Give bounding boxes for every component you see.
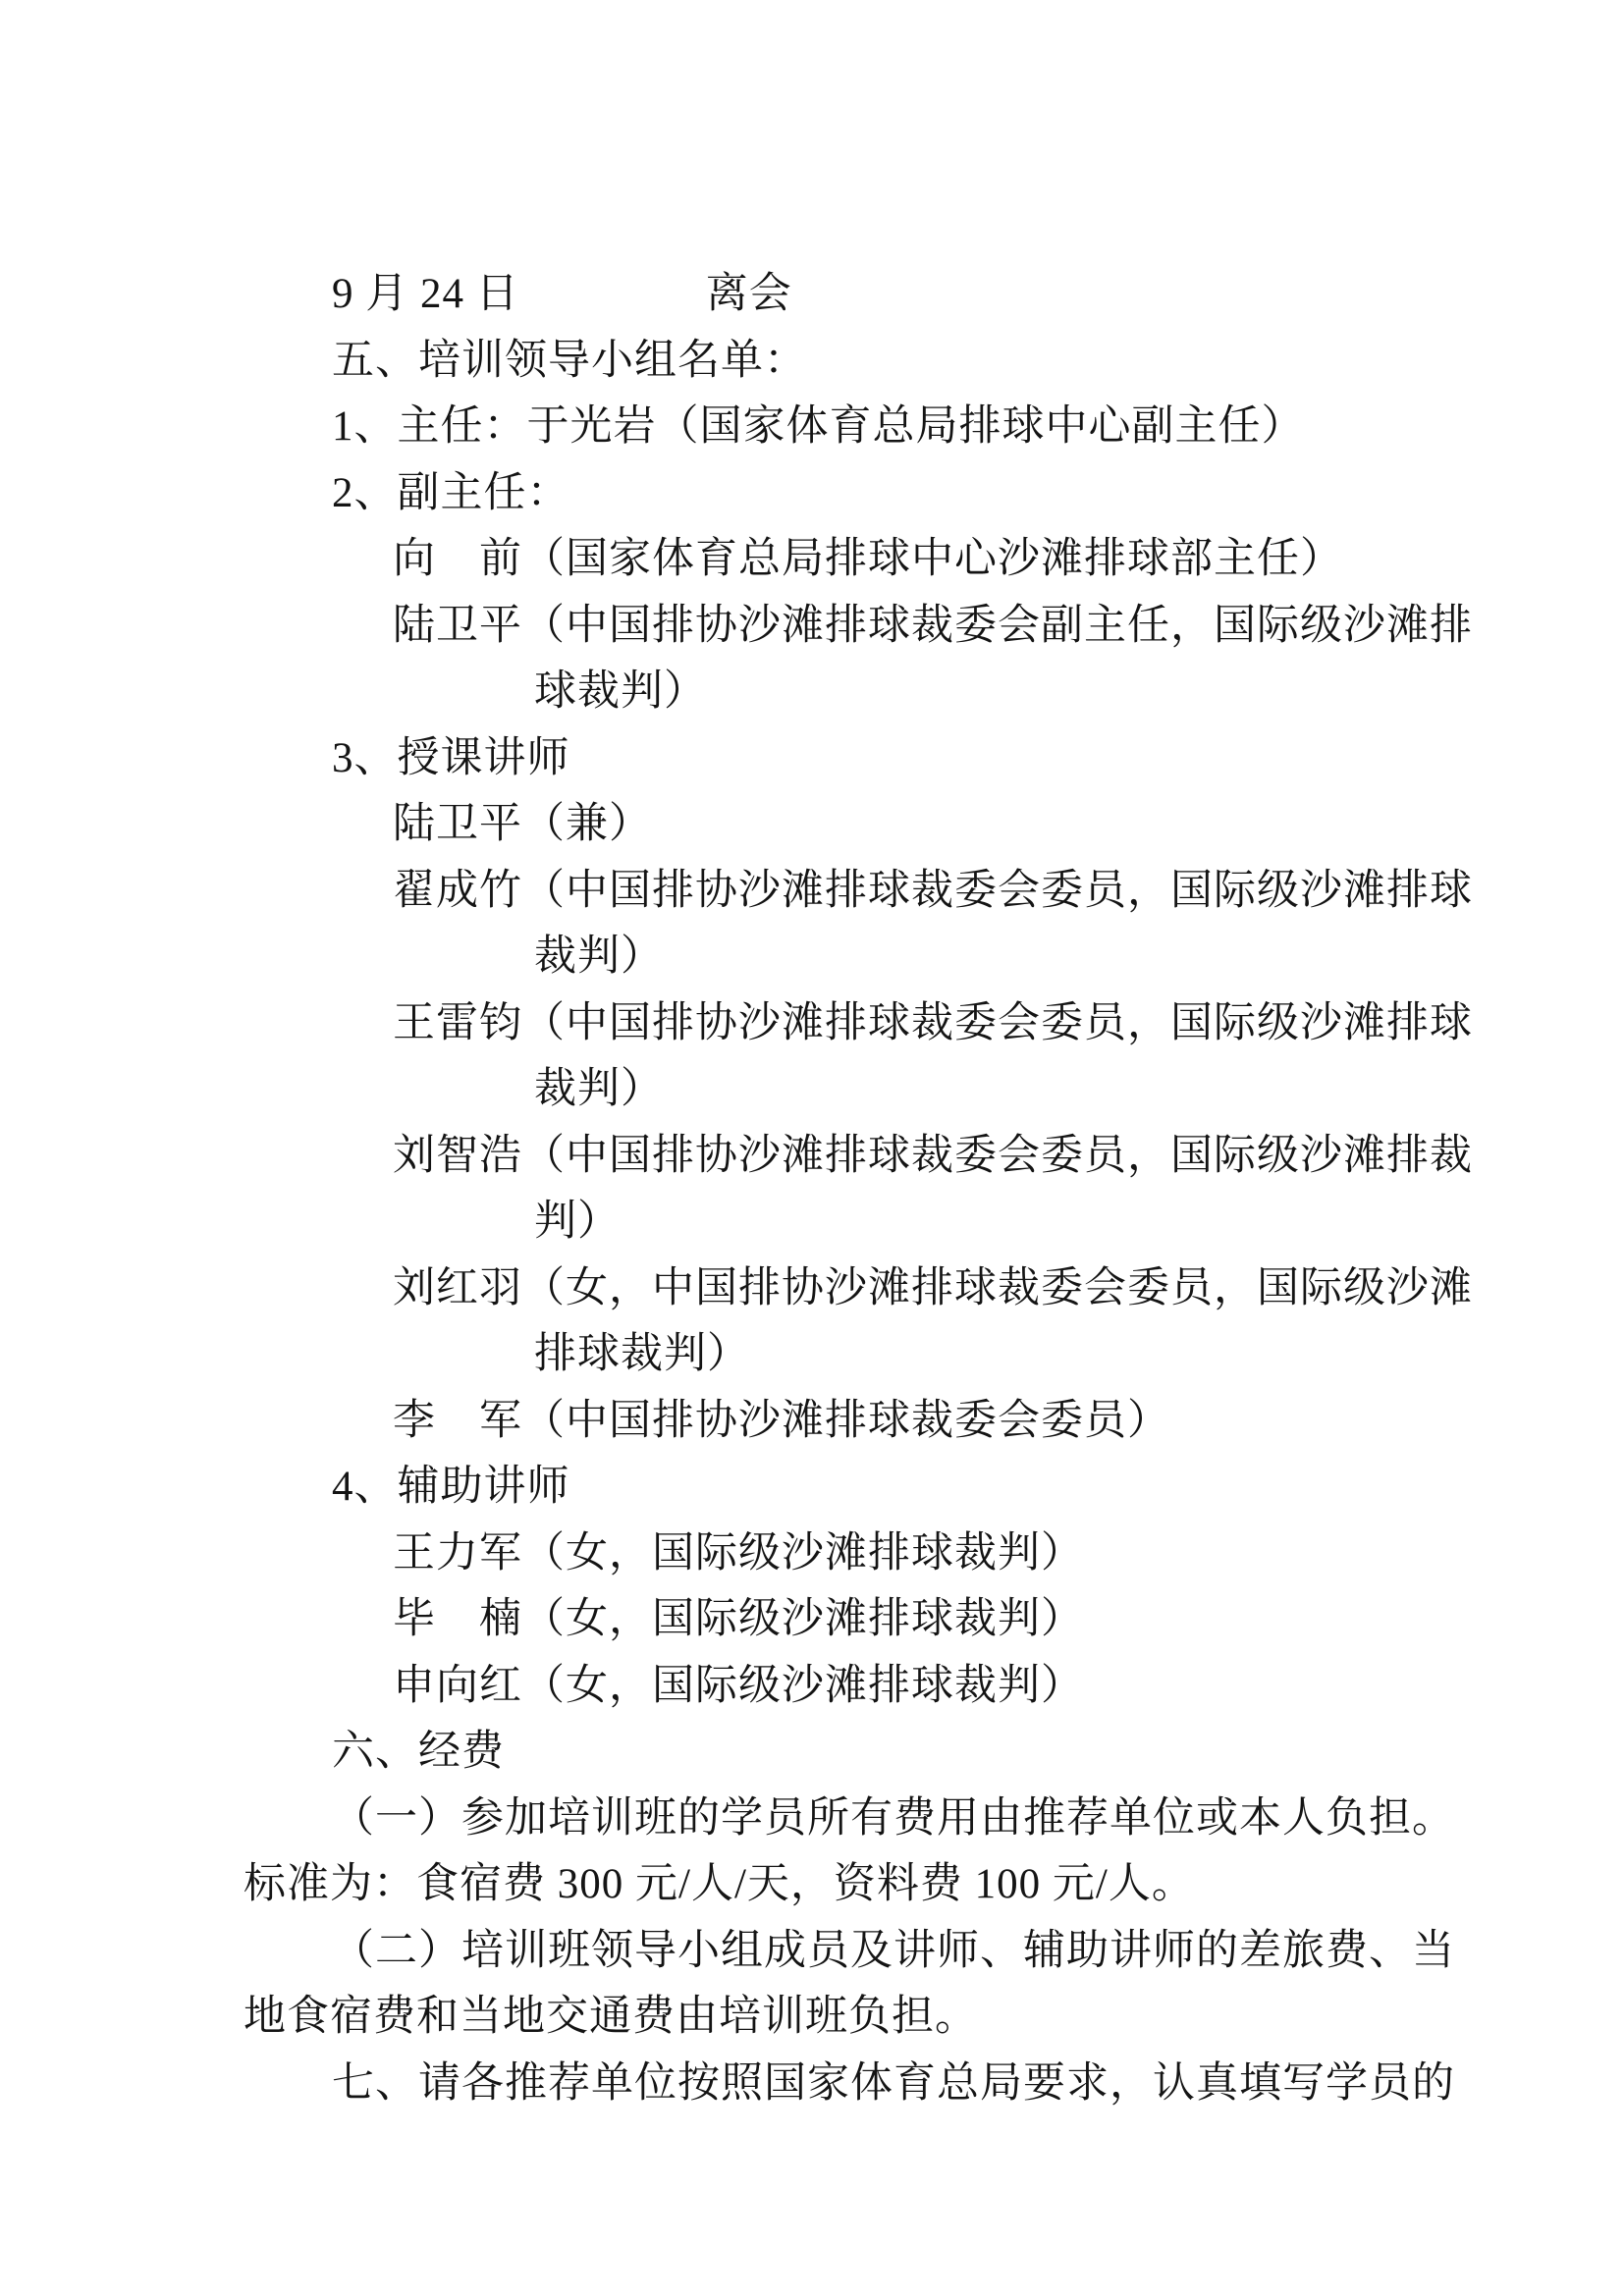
document-line: 1、主任：于光岩（国家体育总局排球中心副主任）	[244, 394, 1490, 460]
document-content: 9 月 24 日离会五、培训领导小组名单：1、主任：于光岩（国家体育总局排球中心…	[244, 261, 1490, 2116]
document-line: 王雷钧（中国排协沙滩排球裁委会委员，国际级沙滩排球	[244, 990, 1490, 1057]
document-line: 七、请各推荐单位按照国家体育总局要求，认真填写学员的	[244, 2051, 1490, 2117]
document-line: 3、授课讲师	[244, 725, 1490, 792]
document-line: 向 前（国家体育总局排球中心沙滩排球部主任）	[244, 526, 1490, 593]
document-line: （二）培训班领导小组成员及讲师、辅助讲师的差旅费、当	[244, 1918, 1490, 1985]
document-line: 申向红（女，国际级沙滩排球裁判）	[244, 1653, 1490, 1720]
document-line: 裁判）	[244, 1056, 1490, 1123]
document-line: 刘红羽（女，中国排协沙滩排球裁委会委员，国际级沙滩	[244, 1255, 1490, 1322]
document-line: 陆卫平（兼）	[244, 791, 1490, 858]
document-line: 王力军（女，国际级沙滩排球裁判）	[244, 1521, 1490, 1587]
document-line: 陆卫平（中国排协沙滩排球裁委会副主任，国际级沙滩排	[244, 593, 1490, 660]
document-line: 六、经费	[244, 1719, 1490, 1786]
document-line: 2、副主任：	[244, 460, 1490, 527]
document-line: 标准为：食宿费 300 元/人/天，资料费 100 元/人。	[244, 1851, 1490, 1918]
document-line: 排球裁判）	[244, 1321, 1490, 1388]
schedule-date: 9 月 24 日	[332, 271, 519, 317]
document-line: 裁判）	[244, 924, 1490, 990]
document-line: （一）参加培训班的学员所有费用由推荐单位或本人负担。	[244, 1786, 1490, 1852]
document-page: 9 月 24 日离会五、培训领导小组名单：1、主任：于光岩（国家体育总局排球中心…	[0, 0, 1624, 2296]
schedule-event: 离会	[706, 271, 792, 317]
document-line: 地食宿费和当地交通费由培训班负担。	[244, 1984, 1490, 2051]
document-line: 翟成竹（中国排协沙滩排球裁委会委员，国际级沙滩排球	[244, 858, 1490, 925]
schedule-line: 9 月 24 日离会	[244, 261, 1490, 328]
document-line: 五、培训领导小组名单：	[244, 328, 1490, 395]
document-line: 4、辅助讲师	[244, 1454, 1490, 1521]
document-line: 判）	[244, 1189, 1490, 1255]
document-line: 毕 楠（女，国际级沙滩排球裁判）	[244, 1586, 1490, 1653]
document-line: 刘智浩（中国排协沙滩排球裁委会委员，国际级沙滩排裁	[244, 1123, 1490, 1190]
document-line: 球裁判）	[244, 659, 1490, 725]
document-line: 李 军（中国排协沙滩排球裁委会委员）	[244, 1388, 1490, 1455]
